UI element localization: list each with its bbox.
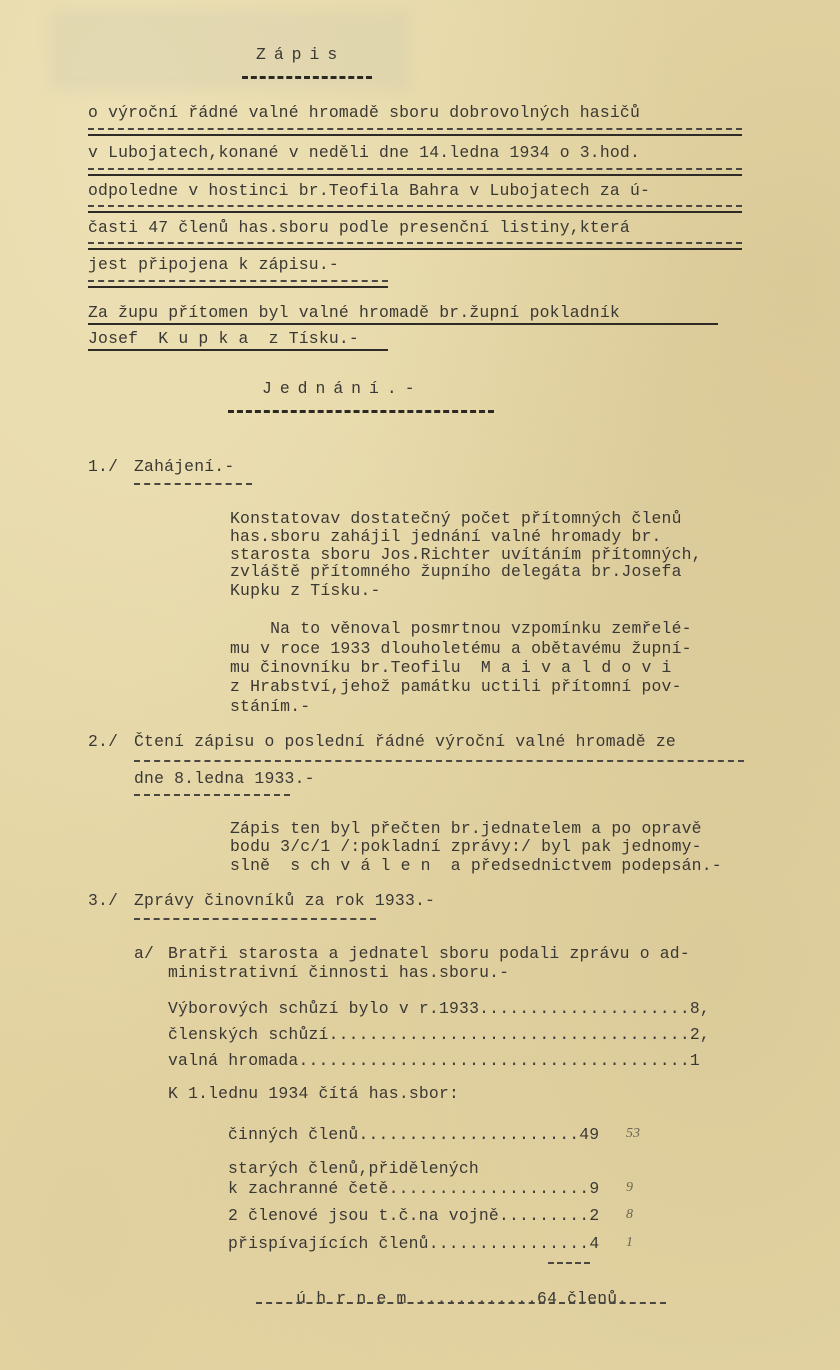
row-label: valná hromada bbox=[168, 1051, 298, 1070]
leader-row: k zachranné četě....................9 bbox=[228, 1180, 599, 1198]
total-value: 64 členů. bbox=[537, 1289, 627, 1308]
leader-row: starých členů,přidělených bbox=[228, 1160, 479, 1178]
underline bbox=[88, 323, 718, 325]
intro-line: jest připojena k zápisu.- bbox=[88, 256, 339, 274]
underline bbox=[88, 349, 388, 351]
sum-line bbox=[548, 1262, 590, 1264]
leader-row: členských schůzí........................… bbox=[168, 1026, 710, 1044]
paragraph-line: Na to věnoval posmrtnou vzpomínku zemřel… bbox=[230, 620, 692, 638]
pencil-annotation: 53 bbox=[626, 1126, 640, 1142]
intro-line: odpoledne v hostinci br.Teofila Bahra v … bbox=[88, 182, 650, 200]
document-title: Zápis bbox=[256, 46, 345, 64]
dot-leader: .................................... bbox=[329, 1025, 690, 1044]
section-underline bbox=[134, 483, 252, 485]
paragraph-line: mu v roce 1933 dlouholetému a obětavému … bbox=[230, 640, 692, 658]
pencil-annotation: 1 bbox=[626, 1235, 633, 1251]
dot-leader: ......... bbox=[499, 1206, 589, 1225]
underline bbox=[88, 168, 742, 170]
row-label: přispívajících členů bbox=[228, 1234, 429, 1253]
guest-line: Za župu přítomen byl valné hromadě br.žu… bbox=[88, 304, 620, 322]
section-number: 2./ bbox=[88, 733, 118, 751]
underline bbox=[88, 174, 742, 176]
row-value: 9 bbox=[589, 1179, 599, 1198]
underline bbox=[88, 205, 742, 207]
paragraph-line: bodu 3/c/1 /:pokladní zprávy:/ byl pak j… bbox=[230, 838, 702, 856]
row-value: 49 bbox=[579, 1125, 599, 1144]
paragraph-line: Bratři starosta a jednatel sboru podali … bbox=[168, 945, 690, 963]
row-label: k zachranné četě bbox=[228, 1179, 389, 1198]
dot-leader: ...................... bbox=[358, 1125, 579, 1144]
proceedings-heading: Jednání.- bbox=[262, 380, 423, 398]
row-value: 4 bbox=[589, 1234, 599, 1253]
underline bbox=[88, 211, 742, 213]
row-label: členských schůzí bbox=[168, 1025, 329, 1044]
total-underline bbox=[256, 1302, 666, 1304]
row-value: 8, bbox=[690, 999, 710, 1018]
intro-line: o výroční řádné valné hromadě sboru dobr… bbox=[88, 104, 640, 122]
intro-line: časti 47 členů has.sboru podle presenční… bbox=[88, 219, 630, 237]
row-value: 2, bbox=[690, 1025, 710, 1044]
leader-row: 2 členové jsou t.č.na vojně.........2 bbox=[228, 1207, 599, 1225]
section-heading: Zprávy činovníků za rok 1933.- bbox=[134, 892, 435, 910]
leader-row: Výborových schůzí bylo v r.1933.........… bbox=[168, 1000, 710, 1018]
row-value: 2 bbox=[589, 1206, 599, 1225]
dot-leader: ............ bbox=[407, 1289, 537, 1308]
row-label: činných členů bbox=[228, 1125, 358, 1144]
dot-leader: .................... bbox=[389, 1179, 590, 1198]
leader-row: přispívajících členů................4 bbox=[228, 1235, 599, 1253]
paragraph-line: Zápis ten byl přečten br.jednatelem a po… bbox=[230, 820, 702, 838]
section-number: 3./ bbox=[88, 892, 118, 910]
row-label: 2 členové jsou t.č.na vojně bbox=[228, 1206, 499, 1225]
title-underline bbox=[242, 76, 372, 79]
leader-row: valná hromada...........................… bbox=[168, 1052, 700, 1070]
paragraph-line: Konstatovav dostatečný počet přítomných … bbox=[230, 510, 682, 528]
underline bbox=[88, 280, 388, 282]
paragraph-line: Kupku z Tísku.- bbox=[230, 582, 381, 600]
pencil-annotation: 8 bbox=[626, 1207, 633, 1223]
intro-line: v Lubojatech,konané v neděli dne 14.ledn… bbox=[88, 144, 640, 162]
row-label: starých členů,přidělených bbox=[228, 1159, 479, 1178]
total-row: ú h r n e m ............64 členů. bbox=[256, 1272, 627, 1326]
paragraph-line: has.sboru zahájil jednání valné hromady … bbox=[230, 528, 662, 546]
section-heading: Zahájení.- bbox=[134, 458, 234, 476]
underline bbox=[88, 286, 388, 288]
section-number: 1./ bbox=[88, 458, 118, 476]
row-label: Výborových schůzí bylo v r.1933 bbox=[168, 999, 479, 1018]
guest-line: Josef K u p k a z Tísku.- bbox=[88, 330, 359, 348]
underline bbox=[88, 242, 742, 244]
heading-underline bbox=[228, 410, 494, 413]
underline bbox=[88, 128, 742, 130]
pencil-annotation: 9 bbox=[626, 1180, 633, 1196]
dot-leader: ................ bbox=[429, 1234, 590, 1253]
membership-intro: K 1.lednu 1934 čítá has.sbor: bbox=[168, 1085, 459, 1103]
section-underline bbox=[134, 918, 376, 920]
section-underline bbox=[134, 760, 744, 762]
section-heading: dne 8.ledna 1933.- bbox=[134, 770, 315, 788]
leader-row: činných členů......................49 bbox=[228, 1126, 599, 1144]
dot-leader: ..................... bbox=[479, 999, 690, 1018]
paragraph-line: slně s ch v á l e n a předsednictvem pod… bbox=[230, 857, 722, 875]
total-label: ú h r n e m bbox=[296, 1289, 406, 1308]
underline bbox=[88, 248, 742, 250]
underline bbox=[88, 134, 742, 136]
section-heading: Čtení zápisu o poslední řádné výroční va… bbox=[134, 733, 676, 751]
row-value: 1 bbox=[690, 1051, 700, 1070]
paragraph-line: stáním.- bbox=[230, 698, 310, 716]
section-underline bbox=[134, 794, 290, 796]
paragraph-line: ministrativní činnosti has.sboru.- bbox=[168, 964, 509, 982]
document-page: Zápis o výroční řádné valné hromadě sbor… bbox=[0, 0, 840, 1370]
dot-leader: ....................................... bbox=[298, 1051, 689, 1070]
paragraph-line: z Hrabství,jehož památku uctili přítomní… bbox=[230, 678, 682, 696]
paragraph-line: mu činovníku br.Teofilu M a i v a l d o … bbox=[230, 659, 672, 677]
paragraph-line: zvláště přítomného župního delegáta br.J… bbox=[230, 563, 682, 581]
subsection-label: a/ bbox=[134, 945, 154, 963]
